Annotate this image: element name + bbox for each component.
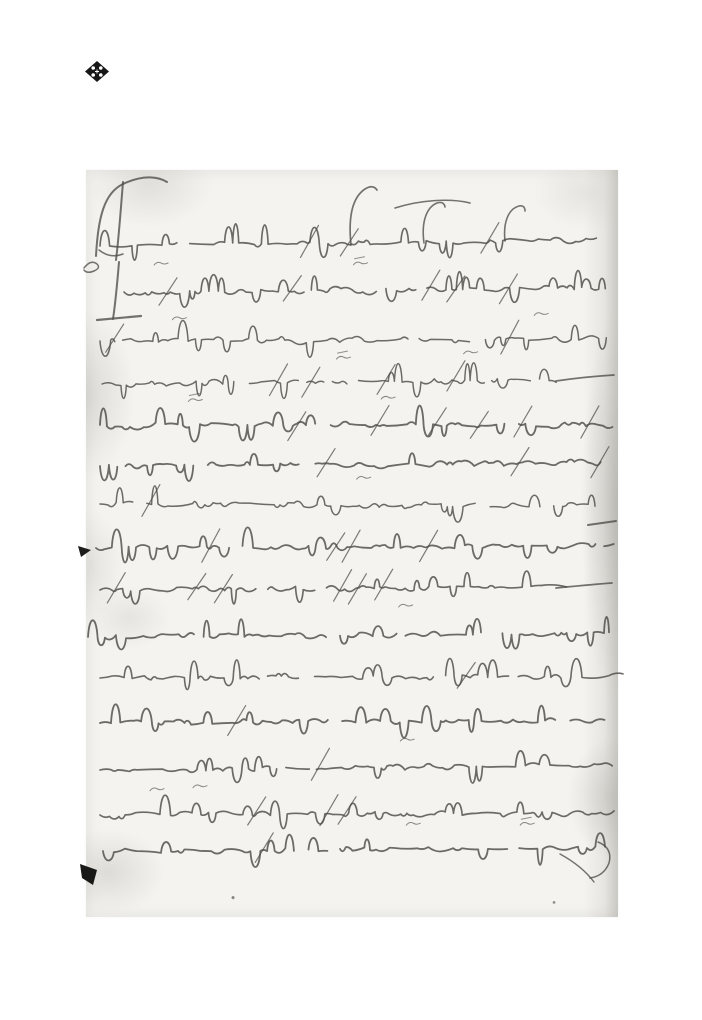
diamond-ornament-icon — [85, 61, 109, 82]
diamond-ornament-graphic — [85, 61, 109, 82]
manuscript-page — [86, 170, 618, 917]
scan-canvas: { "page": { "background_color": "#ffffff… — [0, 0, 702, 1020]
